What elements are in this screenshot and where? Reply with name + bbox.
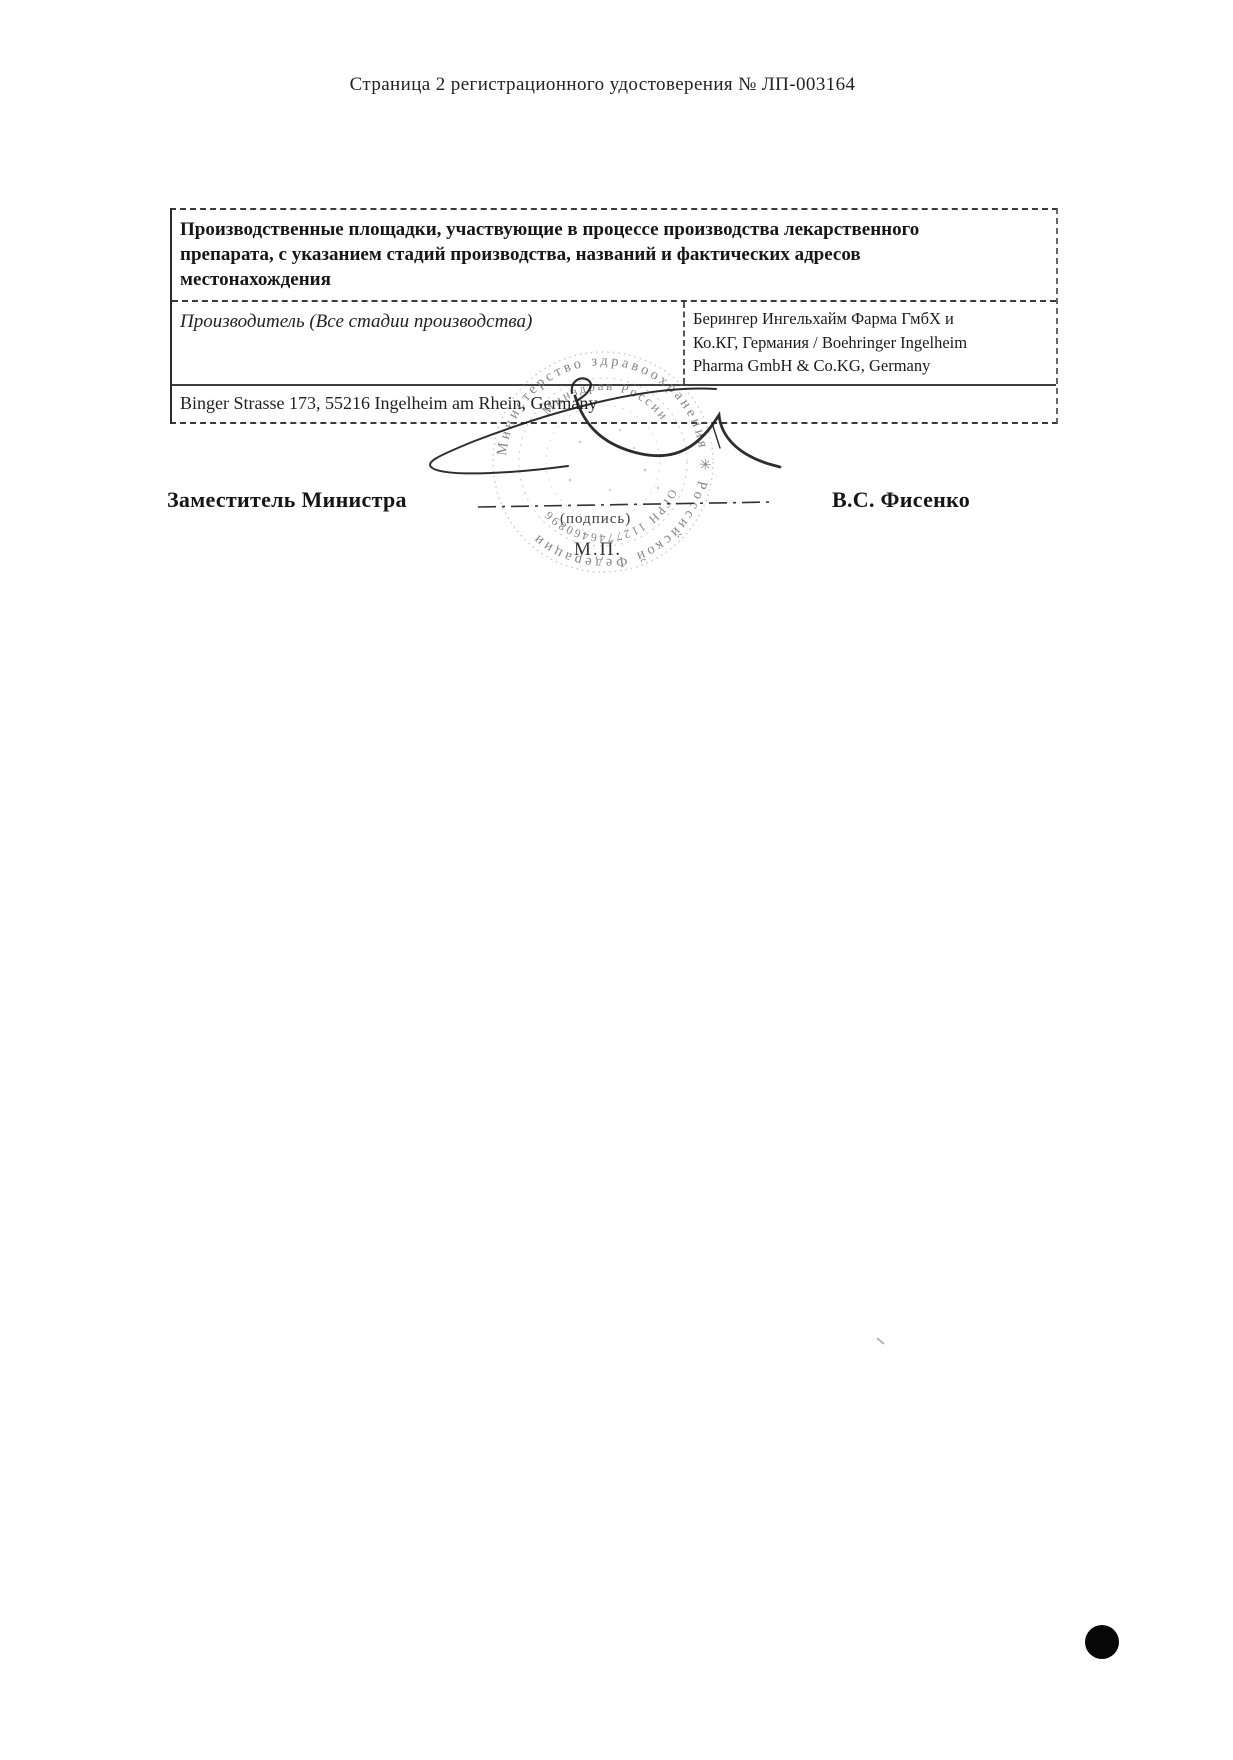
producer-value-line-1: Берингер Ингельхайм Фарма ГмбХ и [693, 307, 1050, 330]
scanned-certificate-page: Страница 2 регистрационного удостоверени… [0, 0, 1233, 1760]
signer-name: В.С. Фисенко [832, 487, 970, 513]
binding-hole-dot [1085, 1625, 1119, 1659]
table-title-line-2: препарата, с указанием стадий производст… [180, 242, 1046, 267]
table-title-cell: Производственные площадки, участвующие в… [172, 210, 1056, 302]
signer-title: Заместитель Министра [167, 487, 407, 513]
signature-line [478, 502, 774, 507]
stamp-speckles [569, 424, 660, 491]
page-header-line: Страница 2 регистрационного удостоверени… [0, 74, 1205, 96]
ministry-round-stamp: Министерство здравоохранения ✳ Российско… [420, 330, 810, 635]
table-title-line-3: местонахождения [180, 267, 1046, 292]
scan-speck-mark [876, 1337, 884, 1344]
table-title-line-1: Производственные площадки, участвующие в… [180, 217, 1046, 242]
